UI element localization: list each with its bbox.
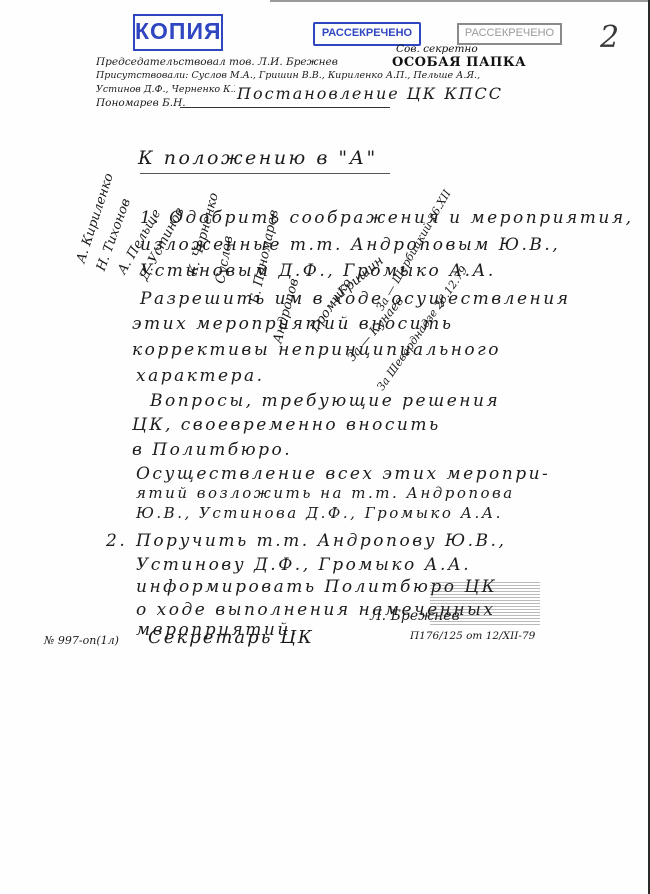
heading-underline xyxy=(140,173,390,174)
signature: Андропов xyxy=(271,277,303,345)
item2-line: Устинову Д.Ф., Громыко А.А. xyxy=(136,555,471,575)
body-line: Вопросы, требующие решения xyxy=(150,391,500,411)
declassified-stamp-faded: РАССЕКРЕЧЕНО xyxy=(457,23,562,45)
secretary-label: Секретарь ЦК xyxy=(148,627,314,648)
page-number: 2 xyxy=(600,20,619,55)
body-line: ятий возложить на т.т. Андропова xyxy=(136,484,515,502)
item-number: 2. xyxy=(106,531,127,551)
body-line: Осуществление всех этих меропри- xyxy=(136,464,550,484)
header-present-1: Присутствовали: Суслов М.А., Гришин В.В.… xyxy=(96,70,480,81)
reference-number: № 997-оп(1л) xyxy=(44,634,119,647)
document-page: КОПИЯ РАССЕКРЕЧЕНО РАССЕКРЕЧЕНО 2 Сов. с… xyxy=(0,0,650,894)
brezhnev-signature: Л. Брежнев xyxy=(370,608,460,624)
special-folder-mark: ОСОБАЯ ПАПКА xyxy=(392,55,526,70)
body-line: Разрешить им в ходе осуществления xyxy=(140,289,570,309)
body-line: характера. xyxy=(136,366,265,386)
body-line: ЦК, своевременно вносить xyxy=(132,415,441,435)
protocol-number: П176/125 от 12/XII-79 xyxy=(410,630,535,642)
copy-stamp: КОПИЯ xyxy=(133,14,223,51)
header-chairman: Председательствовал тов. Л.И. Брежнев xyxy=(96,56,338,68)
scan-top-edge xyxy=(270,0,650,2)
section-heading: К положению в "А" xyxy=(138,147,378,169)
body-line: коррективы непринципиального xyxy=(132,340,501,360)
title-underline xyxy=(180,107,390,108)
resolution-title: Постановление ЦК КПСС xyxy=(235,84,505,103)
body-line: этих мероприятий вносить xyxy=(132,314,453,334)
item2-line: Поручить т.т. Андропову Ю.В., xyxy=(136,531,506,551)
top-secret-mark: Сов. секретно xyxy=(396,43,478,55)
header-present-3: Пономарев Б.Н. xyxy=(96,97,186,109)
body-line: Ю.В., Устинова Д.Ф., Громыко А.А. xyxy=(136,504,503,522)
body-line: в Политбюро. xyxy=(132,440,292,460)
